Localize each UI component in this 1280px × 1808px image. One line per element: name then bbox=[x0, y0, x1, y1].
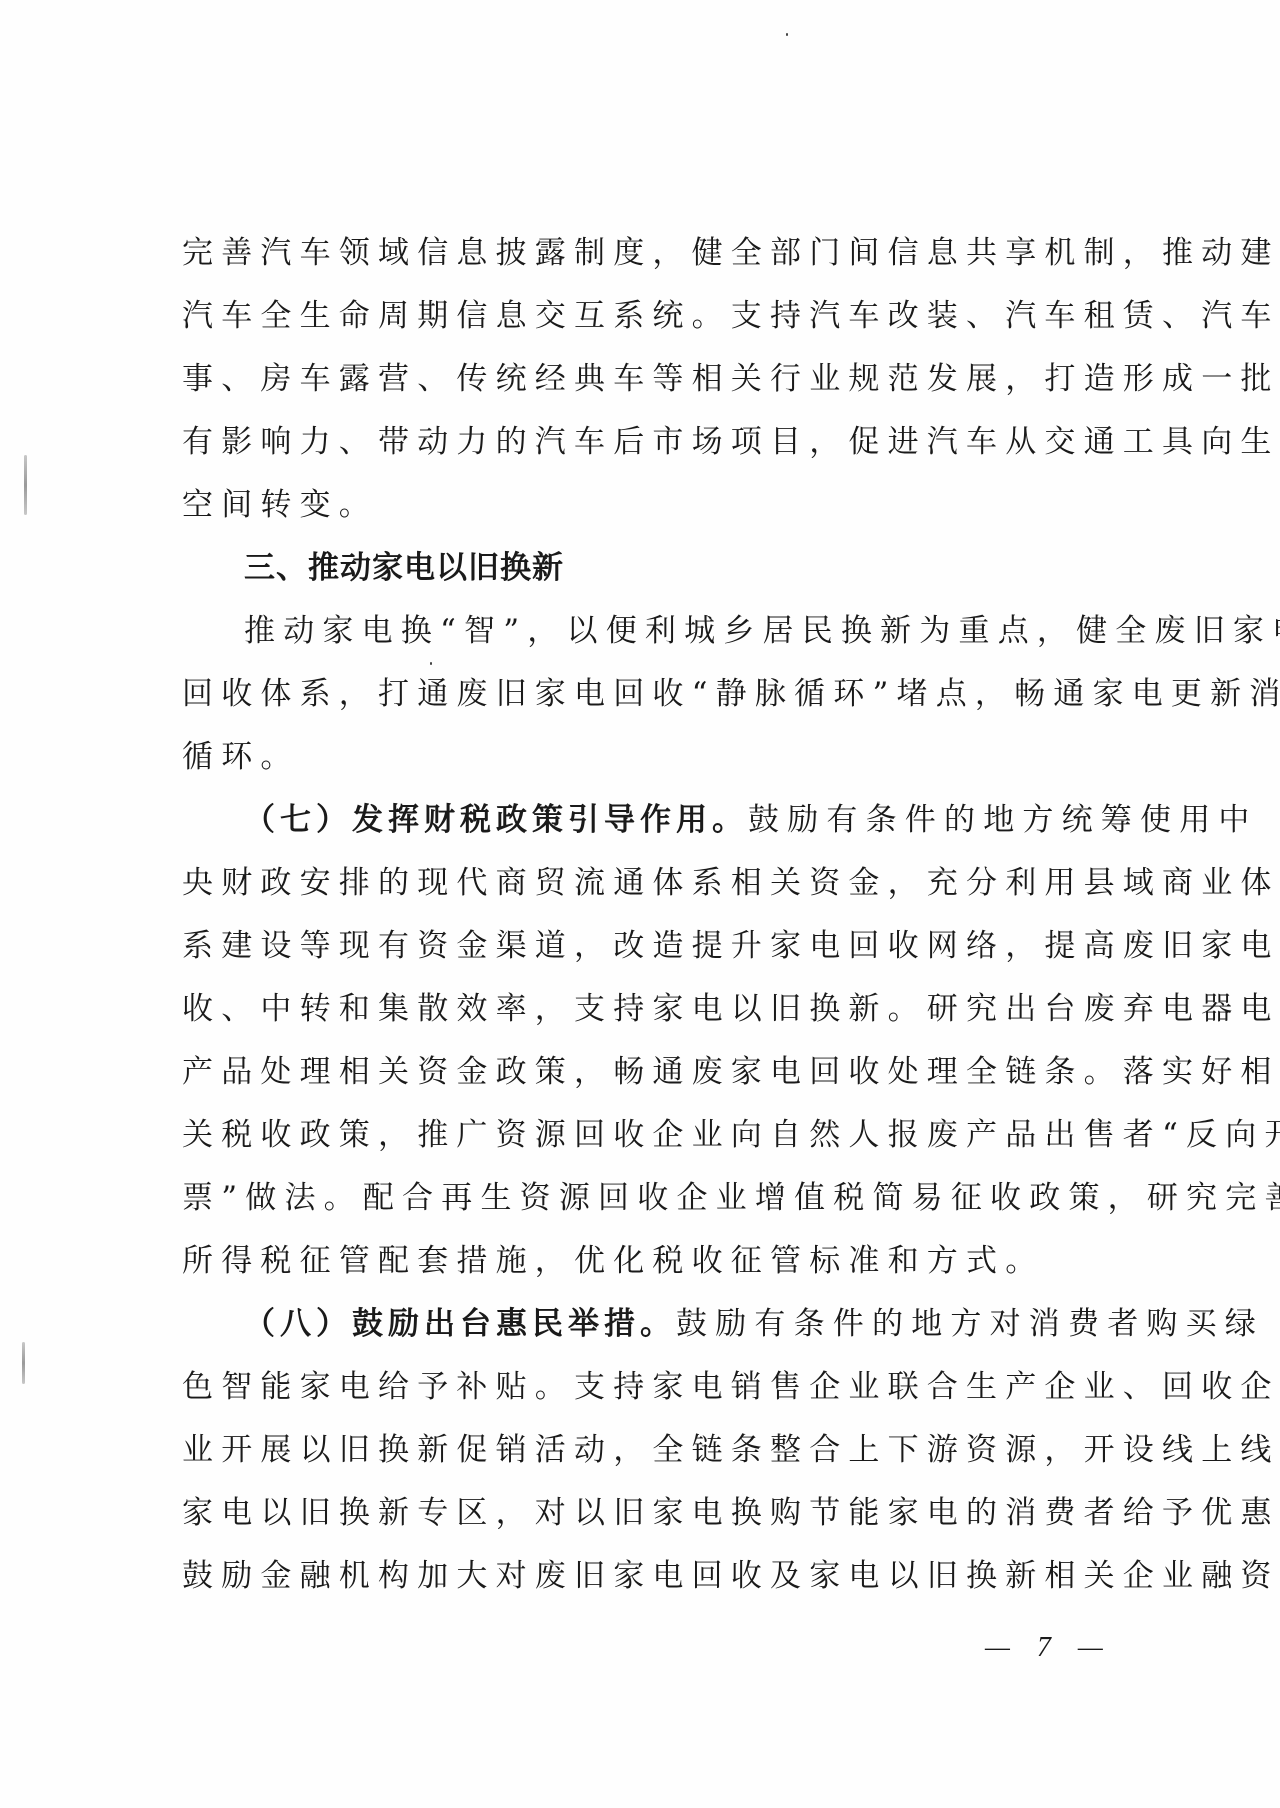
paragraph-line: 空间转变。 bbox=[182, 474, 1122, 537]
paragraph-line: 业开展以旧换新促销活动，全链条整合上下游资源，开设线上线下 bbox=[182, 1419, 1122, 1482]
paragraph-line: 推动家电换“智”，以便利城乡居民换新为重点，健全废旧家电 bbox=[182, 600, 1122, 663]
paragraph-line: 汽车全生命周期信息交互系统。支持汽车改装、汽车租赁、汽车赛 bbox=[182, 285, 1122, 348]
paragraph-line: 收、中转和集散效率，支持家电以旧换新。研究出台废弃电器电子 bbox=[182, 978, 1122, 1041]
paragraph-line: 循环。 bbox=[182, 726, 1122, 789]
scan-speck bbox=[786, 33, 788, 36]
section-heading: 三、推动家电以旧换新 bbox=[182, 537, 1122, 600]
binding-mark-upper bbox=[24, 455, 27, 515]
item-8-first-line: （八）鼓励出台惠民举措。鼓励有条件的地方对消费者购买绿 bbox=[182, 1293, 1122, 1356]
binding-mark-lower bbox=[22, 1342, 25, 1384]
paragraph-line: 系建设等现有资金渠道，改造提升家电回收网络，提高废旧家电回 bbox=[182, 915, 1122, 978]
paragraph-line: 央财政安排的现代商贸流通体系相关资金，充分利用县域商业体 bbox=[182, 852, 1122, 915]
item-8-heading: （八）鼓励出台惠民举措。 bbox=[244, 1306, 676, 1342]
paragraph-line: 家电以旧换新专区，对以旧家电换购节能家电的消费者给予优惠。 bbox=[182, 1482, 1122, 1545]
paragraph-line: 所得税征管配套措施，优化税收征管标准和方式。 bbox=[182, 1230, 1122, 1293]
item-7-first-line-text: 鼓励有条件的地方统筹使用中 bbox=[748, 802, 1258, 838]
paragraph-line: 产品处理相关资金政策，畅通废家电回收处理全链条。落实好相 bbox=[182, 1041, 1122, 1104]
paragraph-line: 回收体系，打通废旧家电回收“静脉循环”堵点，畅通家电更新消费 bbox=[182, 663, 1122, 726]
paragraph-line: 事、房车露营、传统经典车等相关行业规范发展，打造形成一批具 bbox=[182, 348, 1122, 411]
paragraph-line: 完善汽车领域信息披露制度，健全部门间信息共享机制，推动建设 bbox=[182, 222, 1122, 285]
document-body: 完善汽车领域信息披露制度，健全部门间信息共享机制，推动建设 汽车全生命周期信息交… bbox=[182, 222, 1122, 1608]
paragraph-line: 色智能家电给予补贴。支持家电销售企业联合生产企业、回收企 bbox=[182, 1356, 1122, 1419]
paragraph-line: 关税收政策，推广资源回收企业向自然人报废产品出售者“反向开 bbox=[182, 1104, 1122, 1167]
item-7-first-line: （七）发挥财税政策引导作用。鼓励有条件的地方统筹使用中 bbox=[182, 789, 1122, 852]
page-number: — 7 — bbox=[985, 1632, 1113, 1664]
paragraph-line: 鼓励金融机构加大对废旧家电回收及家电以旧换新相关企业融资 bbox=[182, 1545, 1122, 1608]
paragraph-line: 票”做法。配合再生资源回收企业增值税简易征收政策，研究完善 bbox=[182, 1167, 1122, 1230]
item-8-first-line-text: 鼓励有条件的地方对消费者购买绿 bbox=[676, 1306, 1264, 1342]
scanned-document-page: 完善汽车领域信息披露制度，健全部门间信息共享机制，推动建设 汽车全生命周期信息交… bbox=[0, 0, 1280, 1808]
paragraph-line: 有影响力、带动力的汽车后市场项目，促进汽车从交通工具向生活 bbox=[182, 411, 1122, 474]
item-7-heading: （七）发挥财税政策引导作用。 bbox=[244, 802, 748, 838]
